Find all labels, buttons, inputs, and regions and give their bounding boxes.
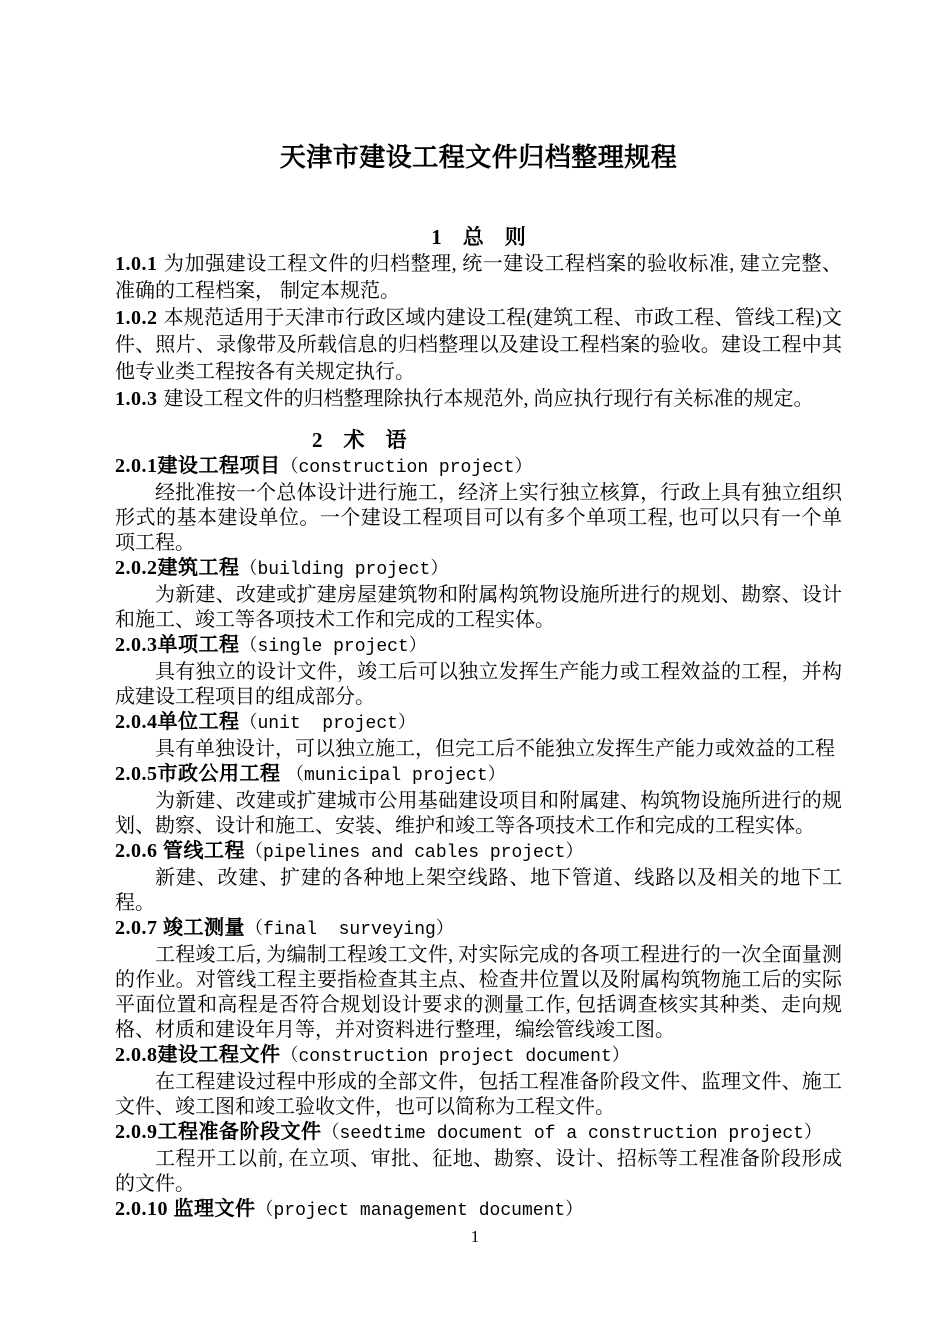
term-definition: 工程竣工后, 为编制工程竣工文件, 对实际完成的各项工程进行的一次全面量测的作业…	[115, 943, 842, 1043]
clause-1-0-3: 1.0.3建设工程文件的归档整理除执行本规范外, 尚应执行现行有关标准的规定。	[115, 386, 842, 413]
term-english: （project management document）	[256, 1201, 584, 1221]
clause-text: 本规范适用于天津市行政区域内建设工程(建筑工程、市政工程、管线工程)文件、照片、…	[115, 307, 842, 383]
term-label: 2.0.5市政公用工程	[115, 763, 286, 785]
term-english: （construction project）	[281, 458, 533, 478]
page-number: 1	[0, 1226, 950, 1248]
term-heading-2-0-7: 2.0.7 竣工测量（final surveying）	[115, 916, 842, 943]
section-2-heading: 2 术 语	[312, 427, 842, 454]
term-definition: 经批准按一个总体设计进行施工，经济上实行独立核算，行政上具有独立组织形式的基本建…	[115, 481, 842, 556]
term-definition: 工程开工以前, 在立项、审批、征地、勘察、设计、招标等工程准备阶段形成的文件。	[115, 1147, 842, 1197]
term-english: （pipelines and cables project）	[245, 843, 583, 863]
term-heading-2-0-10: 2.0.10 监理文件（project management document）	[115, 1197, 842, 1224]
term-label: 2.0.4单位工程	[115, 711, 240, 733]
term-definition: 为新建、改建或扩建城市公用基础建设项目和附属建、构筑物设施所进行的规划、勘察、设…	[115, 789, 842, 839]
document-title: 天津市建设工程文件归档整理规程	[115, 138, 842, 178]
term-heading-2-0-9: 2.0.9工程准备阶段文件（seedtime document of a con…	[115, 1120, 842, 1147]
term-heading-2-0-5: 2.0.5市政公用工程 （municipal project）	[115, 762, 842, 789]
term-label: 2.0.7 竣工测量	[115, 917, 245, 939]
term-english: （building project）	[240, 560, 449, 580]
term-definition: 具有独立的设计文件，竣工后可以独立发挥生产能力或工程效益的工程，并构成建设工程项…	[115, 660, 842, 710]
clause-number: 1.0.2	[115, 307, 158, 329]
term-english: （municipal project）	[286, 766, 506, 786]
term-label: 2.0.8建设工程文件	[115, 1044, 281, 1066]
clause-1-0-1: 1.0.1为加强建设工程文件的归档整理, 统一建设工程档案的验收标准, 建立完整…	[115, 251, 842, 305]
clause-number: 1.0.3	[115, 388, 158, 410]
term-label: 2.0.6 管线工程	[115, 840, 245, 862]
term-heading-2-0-4: 2.0.4单位工程（unit project）	[115, 710, 842, 737]
term-definition: 为新建、改建或扩建房屋建筑物和附属构筑物设施所进行的规划、勘察、设计和施工、竣工…	[115, 583, 842, 633]
term-definition: 具有单独设计，可以独立施工，但完工后不能独立发挥生产能力或效益的工程	[115, 737, 842, 762]
term-label: 2.0.10 监理文件	[115, 1198, 256, 1220]
term-english: （unit project）	[240, 714, 416, 734]
term-label: 2.0.3单项工程	[115, 634, 240, 656]
section-1-heading: 1 总 则	[115, 224, 842, 251]
term-label: 2.0.2建筑工程	[115, 557, 240, 579]
term-heading-2-0-8: 2.0.8建设工程文件（construction project documen…	[115, 1043, 842, 1070]
document-page: 天津市建设工程文件归档整理规程 1 总 则 1.0.1为加强建设工程文件的归档整…	[0, 0, 950, 1344]
term-label: 2.0.9工程准备阶段文件	[115, 1121, 322, 1143]
term-heading-2-0-3: 2.0.3单项工程（single project）	[115, 633, 842, 660]
term-label: 2.0.1建设工程项目	[115, 455, 281, 477]
term-english: （final surveying）	[245, 920, 454, 940]
clause-1-0-2: 1.0.2本规范适用于天津市行政区域内建设工程(建筑工程、市政工程、管线工程)文…	[115, 305, 842, 386]
clause-text: 为加强建设工程文件的归档整理, 统一建设工程档案的验收标准, 建立完整、准确的工…	[115, 253, 842, 302]
document-content: 天津市建设工程文件归档整理规程 1 总 则 1.0.1为加强建设工程文件的归档整…	[115, 138, 842, 1224]
term-heading-2-0-6: 2.0.6 管线工程（pipelines and cables project）	[115, 839, 842, 866]
clause-text: 建设工程文件的归档整理除执行本规范外, 尚应执行现行有关标准的规定。	[164, 388, 814, 410]
clause-number: 1.0.1	[115, 253, 158, 275]
term-english: （construction project document）	[281, 1047, 630, 1067]
term-english: （seedtime document of a construction pro…	[322, 1124, 822, 1144]
term-definition: 在工程建设过程中形成的全部文件，包括工程准备阶段文件、监理文件、施工文件、竣工图…	[115, 1070, 842, 1120]
term-english: （single project）	[240, 637, 427, 657]
term-heading-2-0-1: 2.0.1建设工程项目（construction project）	[115, 454, 842, 481]
term-heading-2-0-2: 2.0.2建筑工程（building project）	[115, 556, 842, 583]
term-definition: 新建、改建、扩建的各种地上架空线路、地下管道、线路以及相关的地下工程。	[115, 866, 842, 916]
